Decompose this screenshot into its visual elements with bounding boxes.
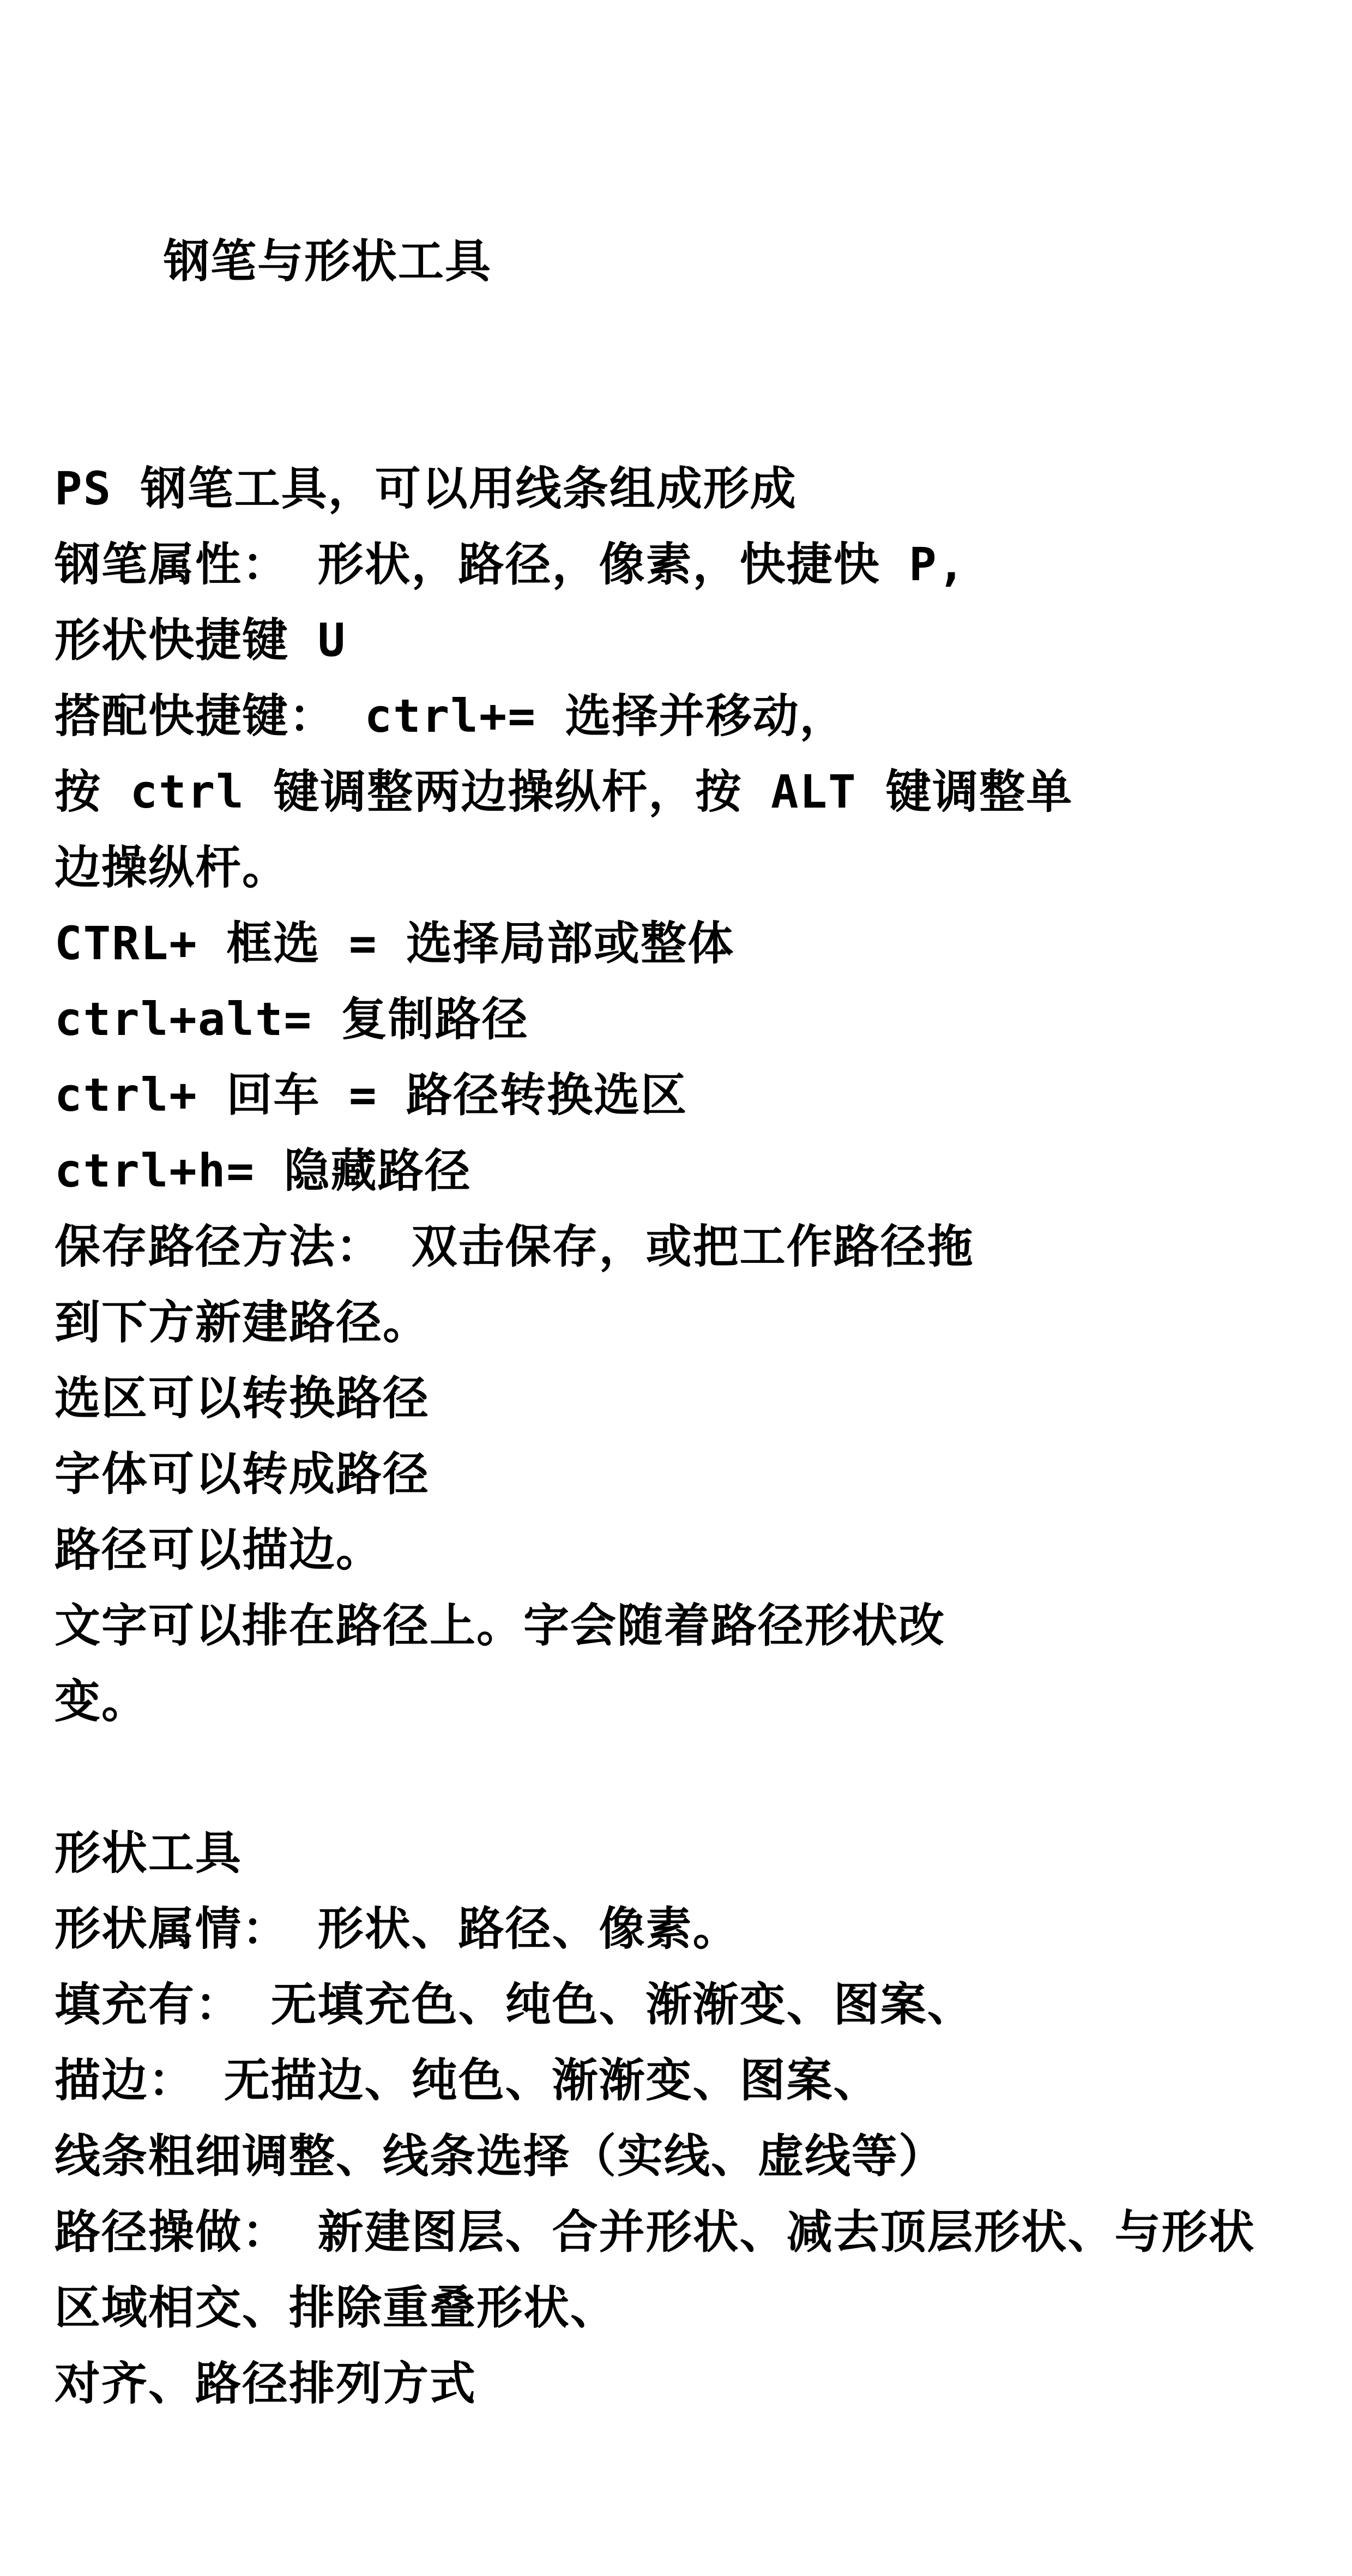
text-line: 边操纵杆。 bbox=[55, 830, 1352, 906]
text-line: 形状快捷键 U bbox=[55, 603, 1352, 678]
text-line: ctrl+ 回车 = 路径转换选区 bbox=[55, 1057, 1352, 1133]
text-line: 保存路径方法： 双击保存，或把工作路径拖 bbox=[55, 1209, 1352, 1285]
text-line: 到下方新建路径。 bbox=[55, 1285, 1352, 1361]
text-line: ctrl+h= 隐藏路径 bbox=[55, 1133, 1352, 1209]
text-line: 变。 bbox=[55, 1664, 1352, 1740]
blank-line bbox=[55, 1740, 1352, 1815]
text-line: 按 ctrl 键调整两边操纵杆，按 ALT 键调整单 bbox=[55, 754, 1352, 830]
text-line: 文字可以排在路径上。字会随着路径形状改 bbox=[55, 1588, 1352, 1664]
text-line: 区域相交、排除重叠形状、 bbox=[55, 2270, 1352, 2346]
text-line: CTRL+ 框选 = 选择局部或整体 bbox=[55, 906, 1352, 982]
text-line: 路径可以描边。 bbox=[55, 1512, 1352, 1588]
text-line: 路径操做： 新建图层、合并形状、减去顶层形状、与形状 bbox=[55, 2194, 1352, 2270]
text-line: ctrl+alt= 复制路径 bbox=[55, 982, 1352, 1057]
text-line: 填充有： 无填充色、纯色、渐渐变、图案、 bbox=[55, 1967, 1352, 2043]
document-page: 钢笔与形状工具 PS 钢笔工具，可以用线条组成形成钢笔属性： 形状，路径，像素，… bbox=[0, 0, 1352, 2576]
text-line: 钢笔属性： 形状，路径，像素，快捷快 P, bbox=[55, 527, 1352, 603]
text-line: 描边： 无描边、纯色、渐渐变、图案、 bbox=[55, 2043, 1352, 2118]
text-line: 对齐、路径排列方式 bbox=[55, 2346, 1352, 2422]
text-line: 形状属情： 形状、路径、像素。 bbox=[55, 1891, 1352, 1967]
text-line: 形状工具 bbox=[55, 1815, 1352, 1891]
text-line: 字体可以转成路径 bbox=[55, 1436, 1352, 1512]
text-line: PS 钢笔工具，可以用线条组成形成 bbox=[55, 451, 1352, 527]
document-title: 钢笔与形状工具 bbox=[55, 224, 1352, 299]
document-body: PS 钢笔工具，可以用线条组成形成钢笔属性： 形状，路径，像素，快捷快 P,形状… bbox=[55, 451, 1352, 2422]
text-line: 搭配快捷键： ctrl+= 选择并移动， bbox=[55, 678, 1352, 754]
text-line: 线条粗细调整、线条选择（实线、虚线等） bbox=[55, 2118, 1352, 2194]
text-line: 选区可以转换路径 bbox=[55, 1361, 1352, 1436]
